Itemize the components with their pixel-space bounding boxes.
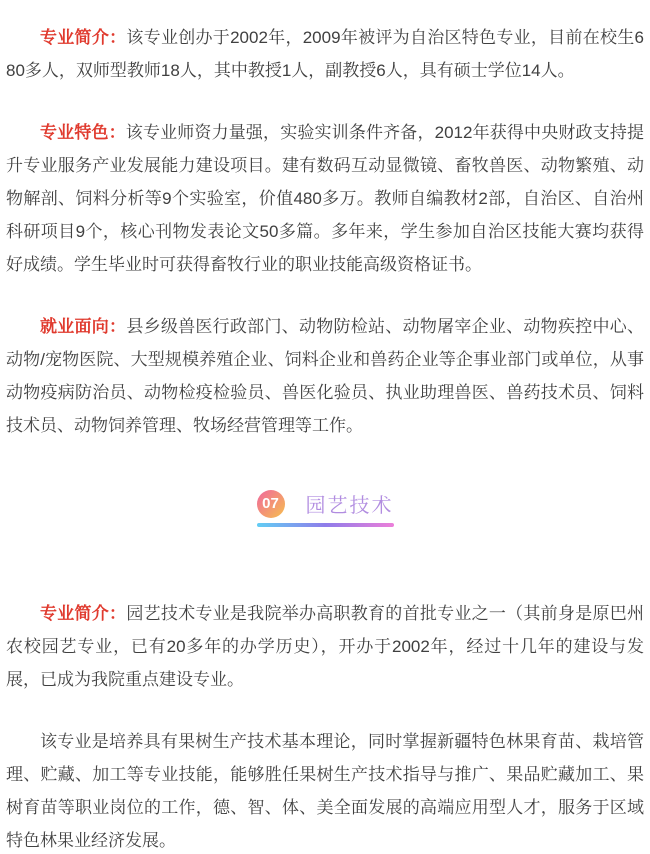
section-header-row: 07 园艺技术 xyxy=(257,489,394,518)
paragraph-text: 该专业师资力量强，实验实训条件齐备，2012年获得中央财政支持提升专业服务产业发… xyxy=(6,123,644,274)
paragraph-text: 该专业是培养具有果树生产技术基本理论，同时掌握新疆特色林果育苗、栽培管理、贮藏、… xyxy=(6,732,644,850)
paragraph-label: 就业面向： xyxy=(40,317,126,336)
section-title: 园艺技术 xyxy=(306,489,394,518)
paragraph-label: 专业简介： xyxy=(40,604,126,623)
paragraph-label: 专业简介： xyxy=(40,28,126,47)
horticulture-intro-paragraph: 专业简介：园艺技术专业是我院举办高职教育的首批专业之一（其前身是原巴州农校园艺专… xyxy=(6,597,644,696)
paragraph-label: 专业特色： xyxy=(40,123,126,142)
major-intro-paragraph: 专业简介：该专业创办于2002年，2009年被评为自治区特色专业，目前在校生68… xyxy=(6,21,644,87)
section-header-inner: 07 园艺技术 xyxy=(257,489,394,527)
section-underline-bar xyxy=(257,523,394,527)
section-number-badge: 07 xyxy=(257,490,285,518)
article-page: 专业简介：该专业创办于2002年，2009年被评为自治区特色专业，目前在校生68… xyxy=(0,0,650,854)
horticulture-training-paragraph: 该专业是培养具有果树生产技术基本理论，同时掌握新疆特色林果育苗、栽培管理、贮藏、… xyxy=(6,725,644,854)
major-features-paragraph: 专业特色：该专业师资力量强，实验实训条件齐备，2012年获得中央财政支持提升专业… xyxy=(6,116,644,281)
employment-direction-paragraph: 就业面向：县乡级兽医行政部门、动物防检站、动物屠宰企业、动物疾控中心、动物/宠物… xyxy=(6,310,644,442)
section-header: 07 园艺技术 xyxy=(6,489,644,527)
